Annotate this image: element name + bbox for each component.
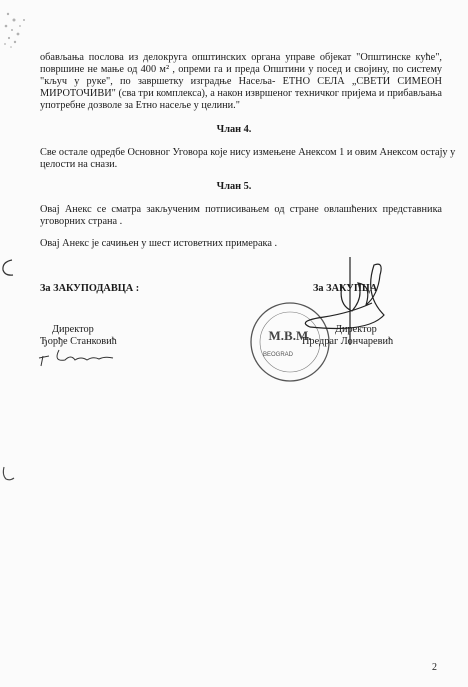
scan-hole-mark-icon <box>0 258 16 278</box>
text-line: целости на снази. <box>40 159 442 171</box>
text-line: употребне дозволе за Етно насеље у целин… <box>40 100 442 112</box>
article-4-text: Све остале одредбе Основног Уговора које… <box>40 147 442 171</box>
text-line: уговорних страна . <box>40 216 442 228</box>
text-line: МИРОТОЧИВИ" (сва три комплекса), а након… <box>40 88 442 100</box>
article-4-heading: Члан 4. <box>0 124 468 135</box>
scan-hole-mark-icon <box>0 465 16 485</box>
text-line: "кључ у руке", по завршетку изградње Нас… <box>40 76 442 88</box>
article-5-heading: Члан 5. <box>0 181 468 192</box>
document-page: обављања послова из делокруга општинских… <box>0 0 468 687</box>
article-5-text: Овај Анекс се сматра закљученим потписив… <box>40 204 442 228</box>
text-line: Све остале одредбе Основног Уговора које… <box>40 147 442 159</box>
copies-statement: Овај Анекс је сачињен у шест истоветних … <box>40 238 442 250</box>
lessor-title: Директор <box>52 324 94 336</box>
text-line: обављања послова из делокруга општинских… <box>40 52 442 64</box>
text-line: Овај Анекс се сматра закљученим потписив… <box>40 204 442 216</box>
page-number: 2 <box>432 662 437 673</box>
scan-artifact-corner <box>0 0 40 60</box>
text-line: површине не мање од 400 м² , опреми га и… <box>40 64 442 76</box>
text-line: Овај Анекс је сачињен у шест истоветних … <box>40 238 442 250</box>
lessee-title: Директор <box>335 324 377 336</box>
paragraph-continuation: обављања послова из делокруга општинских… <box>40 52 442 112</box>
lessee-name: Предраг Лончаревић <box>302 336 393 348</box>
lessor-label: За ЗАКУПОДАВЦА : <box>40 283 139 294</box>
lessor-signature <box>35 344 125 370</box>
